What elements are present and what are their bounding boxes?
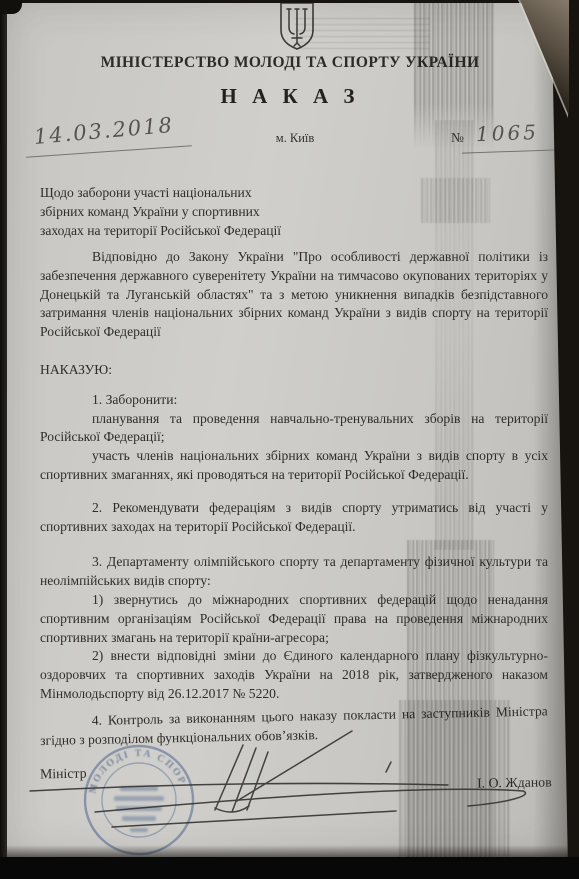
subject-line: заходах на території Російської Федераці… [40,221,330,240]
photo-edge-top [0,0,579,3]
subject-line: Щодо заборони участі національних [40,183,330,202]
scanned-order-photo: МІНІСТЕРСТВО МОЛОДІ ТА СПОРТУ УКРАЇНИ Н … [0,0,579,879]
subject-line: збірних команд України у спортивних [40,202,330,221]
photo-bottom-bar [0,857,579,879]
subject-block: Щодо заборони участі національних збірни… [40,183,330,240]
toner-streak [420,178,490,223]
city-label: м. Київ [235,131,355,146]
minister-signature-ink [0,698,579,858]
toner-smudge [295,16,430,50]
photo-edge-left [0,0,7,879]
